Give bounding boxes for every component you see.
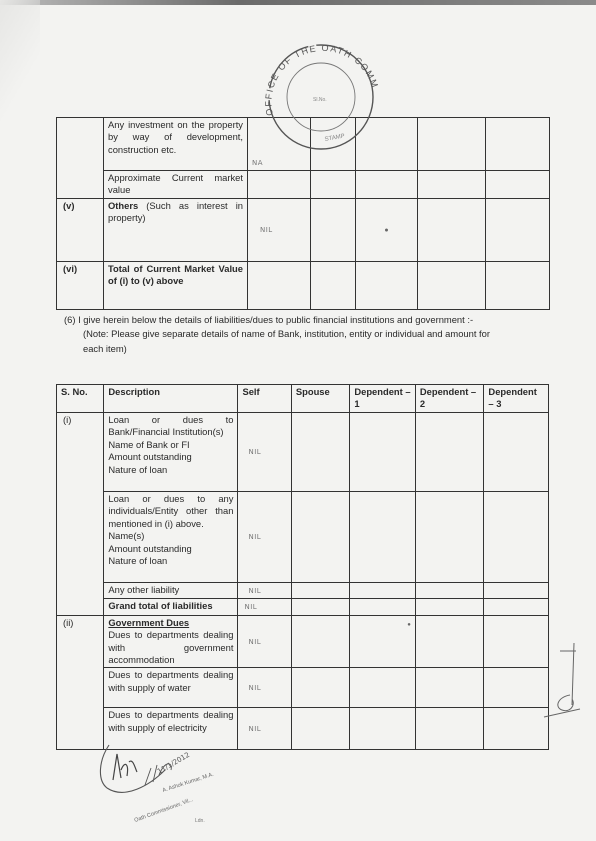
dependent-2-cell [415,583,484,599]
stamp-text: OFFICE OF THE OATH COMMI [255,35,381,116]
sno-cell: (ii) [57,615,104,750]
self-cell: NIL [238,492,291,583]
table-header-row: S. No. Description Self Spouse Dependent… [57,385,549,413]
dependent-1-cell [350,599,416,615]
dependent-2-cell [415,615,484,668]
description-cell: Loan or dues to any individuals/Entity o… [104,492,238,583]
description-cell: Any other liability [104,583,238,599]
dependent-1-cell [350,583,416,599]
attestation-date: 11/1/2012 [156,751,191,776]
sno-cell: (i) [57,413,104,616]
header-sno: S. No. [57,385,104,413]
section-6-note: (Note: Please give separate details of n… [83,327,490,341]
spouse-cell [291,413,349,492]
dependent-2-cell [418,118,486,171]
stamp-center: Sl.No. [313,97,327,103]
table-row: (vi) Total of Current Market Value of (i… [57,261,550,309]
handwritten-value: NIL [248,533,261,541]
handwritten-value: NIL [244,603,257,611]
dependent-1-cell [350,668,416,708]
dependent-2-cell [415,413,484,492]
sno-cell [57,118,104,199]
spouse-cell [291,615,349,668]
handwritten-value: NIL [248,684,261,692]
spouse-cell [291,599,349,615]
dependent-3-cell [486,198,550,261]
dependent-3-cell [484,615,549,668]
table-row: (i) Loan or dues to Bank/Financial Insti… [57,413,549,492]
description-line: Nature of loan [108,555,233,567]
spouse-cell [311,171,356,199]
handwritten-value: NIL [248,587,261,595]
spouse-cell [311,198,356,261]
dependent-3-cell [486,171,550,199]
attestation-name: A. Ashok Kumar, M.A. [162,772,215,794]
dependent-2-cell [415,708,484,750]
self-cell: NIL [248,198,311,261]
spouse-cell [311,261,356,309]
section-6-note-cont: each item) [83,342,127,356]
header-dependent-2: Dependent – 2 [415,385,484,413]
description-line: Nature of loan [108,464,233,476]
dependent-3-cell [486,118,550,171]
sno-cell: (vi) [57,261,104,309]
page-fold-shadow [0,0,40,140]
dependent-3-cell [484,599,549,615]
dependent-3-cell [484,583,549,599]
description-cell: Others (Such as interest in property) [104,198,248,261]
table-row: Dues to departments dealing with supply … [57,668,549,708]
description-bold: Others [108,200,138,211]
svg-text:OFFICE OF THE OATH COMMI: OFFICE OF THE OATH COMMI [255,35,381,116]
description-cell: Approximate Current market value [104,171,248,199]
description-main: Dues to departments dealing with governm… [108,629,233,666]
sno-cell: (v) [57,198,104,261]
dependent-2-cell [418,261,486,309]
dependent-3-cell [484,413,549,492]
dependent-3-cell [484,708,549,750]
table-row: Loan or dues to any individuals/Entity o… [57,492,549,583]
handwritten-value: NIL [248,448,261,456]
dependent-1-cell [356,261,418,309]
description-main: Loan or dues to any individuals/Entity o… [108,493,233,530]
self-cell: NIL [238,615,291,668]
description-line: Name(s) [108,530,233,542]
dependent-3-cell [486,261,550,309]
header-spouse: Spouse [291,385,349,413]
self-cell: NIL [238,599,291,615]
dependent-3-cell [484,668,549,708]
attestation-location: Ldn. [195,818,205,824]
description-cell: Any investment on the property by way of… [104,118,248,171]
description-line: Amount outstanding [108,451,233,463]
government-dues-heading: Government Dues [108,617,233,629]
dependent-1-cell [350,413,416,492]
liabilities-table: S. No. Description Self Spouse Dependent… [56,384,549,750]
header-dependent-1: Dependent – 1 [350,385,416,413]
dependent-3-cell [484,492,549,583]
oath-commissioner-stamp: OFFICE OF THE OATH COMMI Sl.No. STAMP [255,35,383,150]
handwritten-value: NIL [248,638,261,646]
spouse-cell [291,492,349,583]
header-dependent-3: Dependent – 3 [484,385,549,413]
page-top-edge [0,0,596,5]
dependent-2-cell [418,198,486,261]
description-main: Loan or dues to Bank/Financial Instituti… [108,414,233,439]
table-row: (v) Others (Such as interest in property… [57,198,550,261]
description-cell: Total of Current Market Value of (i) to … [104,261,248,309]
description-cell: Loan or dues to Bank/Financial Instituti… [104,413,238,492]
description-cell: Grand total of liabilities [104,599,238,615]
dependent-1-cell: ● [356,198,418,261]
dependent-2-cell [415,492,484,583]
dependent-1-cell [350,708,416,750]
header-self: Self [238,385,291,413]
table-row: Approximate Current market value [57,171,550,199]
description-cell: Dues to departments dealing with supply … [104,668,238,708]
spouse-cell [291,708,349,750]
description-line: Amount outstanding [108,543,233,555]
description-line: Name of Bank or FI [108,439,233,451]
header-description: Description [104,385,238,413]
self-cell: NIL [238,668,291,708]
spouse-cell [291,668,349,708]
handwritten-value: NIL [260,226,273,234]
signature: 11/1/2012 A. Ashok Kumar, M.A. Oath Comm… [95,740,295,835]
dependent-1-cell [350,492,416,583]
self-cell: NIL [238,583,291,599]
table-row: Grand total of liabilities NIL [57,599,549,615]
dependent-1-cell [356,171,418,199]
dependent-1-cell: ● [350,615,416,668]
section-6-intro: (6) I give herein below the details of l… [64,313,473,327]
stamp-bottom: STAMP [324,134,345,143]
attestation-title: Oath Commissioner, Vil... [134,797,195,824]
handwritten-value: NA [252,159,263,167]
self-cell [248,261,311,309]
initials-signature [540,635,590,725]
self-cell: NIL [238,413,291,492]
table-row: Any other liability NIL [57,583,549,599]
self-cell [248,171,311,199]
dependent-2-cell [415,599,484,615]
dependent-2-cell [418,171,486,199]
description-cell: Government Dues Dues to departments deal… [104,615,238,668]
table-row: (ii) Government Dues Dues to departments… [57,615,549,668]
spouse-cell [291,583,349,599]
dependent-2-cell [415,668,484,708]
handwritten-value: NIL [248,725,261,733]
